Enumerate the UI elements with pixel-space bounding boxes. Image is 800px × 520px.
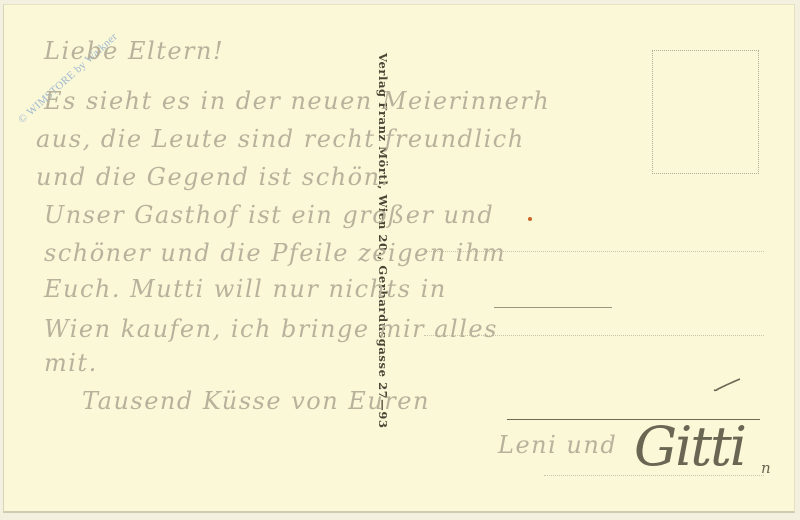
message-line-2: Es sieht es in der neuen Meierinnerh (44, 89, 550, 113)
underline-mark (494, 307, 612, 308)
message-line-4: und die Gegend ist schön. (36, 165, 390, 189)
message-line-1: Liebe Eltern! (44, 39, 224, 63)
message-line-3: aus, die Leute sind recht freundlich (36, 127, 525, 151)
postcard-back: © WIMSTORE by Walkner Verlag Franz Mörtl… (3, 4, 795, 513)
ink-spot (528, 217, 532, 221)
closing-line-1: Tausend Küsse von Euren (82, 389, 430, 413)
signature-suffix: n (761, 459, 771, 477)
check-mark-icon (712, 378, 742, 392)
message-line-8: Wien kaufen, ich bringe mir alles (44, 317, 498, 341)
message-line-7: Euch. Mutti will nur nichts in (44, 277, 447, 301)
signature: Gitti (634, 415, 745, 478)
message-line-6: schöner und die Pfeile zeigen ihm (44, 241, 506, 265)
closing-line-2: Leni und (498, 433, 617, 457)
message-line-9: mit. (44, 351, 98, 375)
stamp-box (652, 50, 759, 174)
message-line-5: Unser Gasthof ist ein großer und (44, 203, 494, 227)
